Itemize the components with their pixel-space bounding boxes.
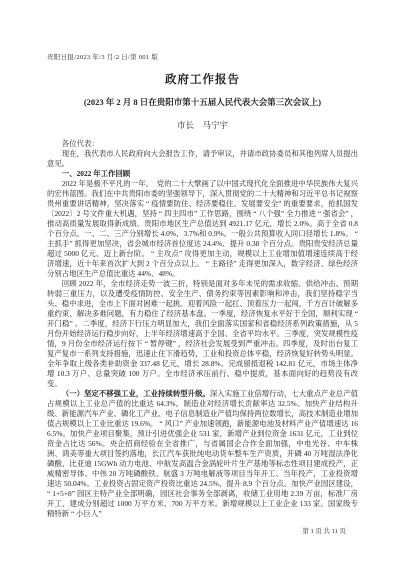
report-title: 政府工作报告 <box>47 71 358 87</box>
presenter-line: 市长 马宁宇 <box>47 119 358 131</box>
paragraph-overview: 2022 年是极不平凡的一年。 党的二十大擘画了以中国式现代化全面推进中华民族伟… <box>47 179 358 279</box>
report-subtitle: (2023 年 2 月 8 日在贵阳市第十五届人民代表大会第三次会议上) <box>47 96 358 108</box>
page-content: 贵阳日报/2023 年/3 月/2 日/第 001 版 政府工作报告 (2023… <box>47 0 358 519</box>
document-page: 贵阳日报/2023 年/3 月/2 日/第 001 版 政府工作报告 (2023… <box>0 0 410 580</box>
page-number-indicator: 第 1 页 共 11 页 <box>302 526 346 535</box>
paragraph-industry: （一）坚定不移强工业，工业持续转型升级。深入实施工业倍增行动，七大重点产业总产值… <box>47 389 358 519</box>
paragraph-industry-body: 深入实施工业倍增行动，七大重点产业总产值占规模以上工业总产值的比重达 64.3%… <box>47 389 358 518</box>
report-body: 各位代表： 现在，我代表市人民政府向大会报告工作，请予审议，并请市政协委员和其他… <box>47 139 358 519</box>
salutation: 各位代表： <box>47 139 358 149</box>
intro-paragraph: 现在，我代表市人民政府向大会报告工作，请予审议，并请市政协委员和其他列席人员提出… <box>47 149 358 169</box>
section-1-heading: 一、2022 年工作回顾 <box>47 169 358 179</box>
paragraph-review: 回顾 2022 年，全市经济走势一波三折，特别是面对多年未见的需求收缩、供给冲击… <box>47 279 358 389</box>
paragraph-industry-lead: （一）坚定不移强工业，工业持续转型升级。 <box>62 389 210 398</box>
newspaper-source-line: 贵阳日报/2023 年/3 月/2 日/第 001 版 <box>47 52 358 61</box>
